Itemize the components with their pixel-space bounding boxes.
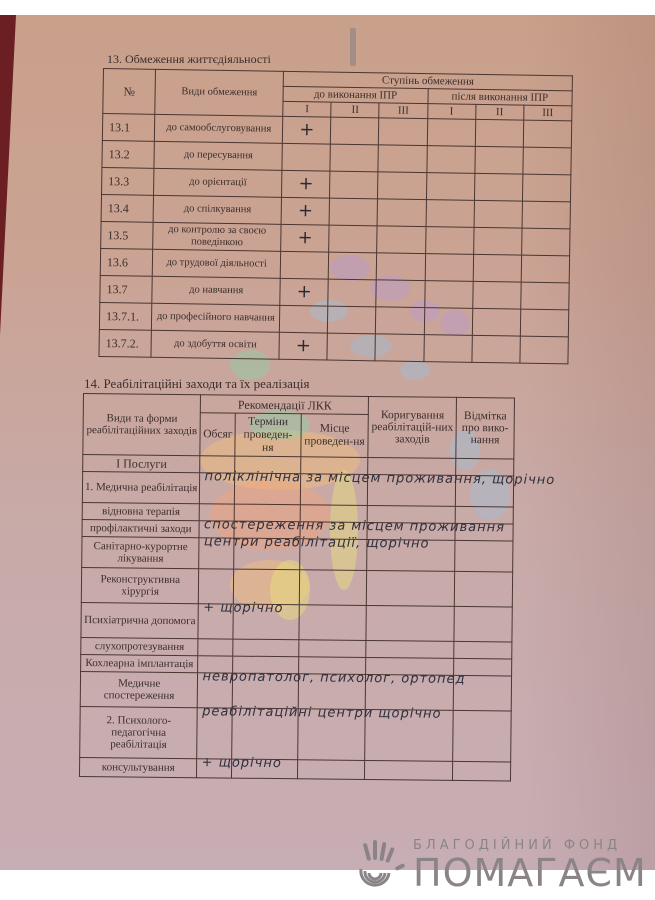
degree-mark-cell: [426, 146, 475, 174]
col-level-header: І: [283, 101, 331, 117]
empty-cell: [233, 639, 298, 657]
rehabilitation-table: Види та форми реабілітаційних заходів Ре…: [79, 393, 515, 782]
degree-mark-cell: [522, 174, 571, 202]
row-number: 13.3: [102, 167, 155, 195]
row-number: 13.7.2.: [99, 329, 152, 357]
handwritten-text: центри реабілітації, щорічно: [204, 536, 430, 550]
degree-mark-cell: [425, 254, 474, 282]
handwritten-text: + щорічно: [202, 757, 282, 770]
degree-mark-cell: [327, 333, 376, 361]
empty-cell: [454, 641, 512, 659]
degree-mark-cell: [475, 119, 524, 147]
degree-mark-cell: +: [279, 332, 328, 360]
limitation-kind: до контролю за своєю поведінкою: [153, 222, 281, 251]
degree-mark-cell: [474, 200, 523, 228]
limitation-kind: до навчання: [152, 276, 280, 305]
table-row: 1. Медична реабілітаціяполіклінічна за м…: [82, 472, 513, 508]
empty-cell: [455, 540, 513, 572]
col-number-header: №: [103, 69, 156, 115]
degree-mark-cell: [427, 119, 476, 147]
handwritten-entry: + щорічно: [197, 759, 232, 778]
empty-cell: [453, 710, 511, 762]
handwritten-entry: [198, 639, 233, 656]
degree-mark-cell: +: [282, 170, 331, 198]
charity-logo: БЛАГОДІЙНИЙ ФОНД ПОМАГАЄМ: [355, 838, 647, 892]
degree-mark-cell: [424, 308, 473, 336]
row-number: 13.5: [101, 221, 154, 249]
col-level-header: ІІ: [475, 104, 523, 120]
row-number: 13.7: [100, 275, 153, 303]
degree-mark-cell: [280, 305, 329, 333]
degree-mark-cell: [378, 172, 427, 200]
measure-kind: Санітарно-курортне лікування: [82, 536, 200, 568]
empty-cell: [454, 571, 512, 607]
handwritten-entry: невропатолог, психолог, ортопед: [198, 673, 233, 708]
handwritten-text: + щорічно: [203, 602, 283, 615]
limitation-kind: до пересування: [154, 141, 282, 170]
measure-kind: Медичне спостереження: [80, 671, 198, 707]
degree-mark-cell: [472, 335, 521, 363]
limitation-kind: до професійного навчання: [152, 303, 280, 332]
limitation-kind: до орієнтації: [154, 168, 282, 197]
degree-mark-cell: [376, 280, 425, 308]
section-14-title: 14. Реабілітаційні заходи та їх реалізац…: [84, 376, 309, 392]
empty-cell: [298, 605, 366, 641]
degree-mark-cell: [523, 120, 572, 148]
col-lkk-header: Рекомендації ЛКК: [201, 395, 369, 415]
row-number: 13.1: [102, 114, 155, 142]
degree-mark-cell: [523, 147, 572, 175]
limitation-kind: до спілкування: [153, 195, 281, 224]
empty-cell: [453, 761, 511, 781]
measure-kind: Реконструктивна хірургія: [81, 567, 199, 603]
degree-mark-cell: [329, 252, 378, 280]
degree-mark-cell: [475, 146, 524, 174]
table-row: консультування+ щорічно: [79, 757, 510, 781]
handwritten-entry: поліклінічна за місцем проживання, щоріч…: [200, 473, 235, 504]
degree-mark-cell: [328, 279, 377, 307]
binder-edge: [0, 15, 16, 335]
degree-mark-cell: [472, 281, 521, 309]
hand-logo-icon: [355, 839, 407, 891]
degree-mark-cell: [375, 334, 424, 362]
measure-kind: консультування: [79, 757, 197, 777]
degree-mark-cell: +: [280, 278, 329, 306]
table-row: Психіатрична допомога+ щорічно: [81, 602, 512, 642]
degree-mark-cell: [282, 143, 331, 171]
col-place-header: Місце проведен-ня: [300, 414, 368, 458]
col-correction-header: Коригування реабілітацій-них заходів: [368, 396, 456, 458]
degree-mark-cell: [425, 227, 474, 255]
measure-kind: 1. Медична реабілітація: [82, 472, 200, 504]
handwritten-entry: + щорічно: [198, 604, 233, 639]
handwritten-text: невропатолог, психолог, ортопед: [202, 671, 465, 686]
staple-mark: [350, 28, 356, 66]
measure-kind: Кохлеарна імплантація: [81, 654, 199, 672]
measure-kind: 2. Психолого-педагогічна реабілітація: [80, 706, 198, 758]
row-number: 13.4: [101, 194, 154, 222]
measure-kind: відновна терапія: [82, 502, 200, 520]
org-name: ПОМАГАЄМ: [413, 854, 647, 892]
degree-mark-cell: [379, 118, 428, 146]
row-number: 13.7.1.: [99, 302, 152, 330]
measure-kind: І Послуги: [83, 455, 201, 473]
col-kind-header: Види обмеження: [155, 69, 284, 116]
degree-mark-cell: [424, 281, 473, 309]
degree-mark-cell: [331, 117, 380, 145]
empty-cell: [454, 606, 512, 642]
degree-mark-cell: [330, 144, 379, 172]
empty-cell: [298, 640, 366, 658]
empty-cell: [367, 570, 455, 606]
degree-mark-cell: [426, 200, 475, 228]
degree-mark-cell: [329, 225, 378, 253]
empty-cell: [365, 760, 453, 780]
degree-mark-cell: [521, 282, 570, 310]
degree-mark-cell: +: [281, 197, 330, 225]
degree-mark-cell: [377, 226, 426, 254]
handwritten-text: поліклінічна за місцем проживання, щоріч…: [205, 471, 556, 487]
col-level-header: І: [427, 104, 475, 120]
degree-mark-cell: [328, 306, 377, 334]
handwritten-entry: реабілітаційні центри щорічно: [197, 708, 232, 759]
handwritten-text: спостереження за місцем проживання: [204, 519, 505, 534]
measure-kind: профілактичні заходи: [82, 519, 200, 537]
handwritten-text: реабілітаційні центри щорічно: [202, 706, 442, 721]
empty-cell: [234, 569, 300, 605]
empty-cell: [297, 760, 365, 780]
degree-mark-cell: [376, 307, 425, 335]
life-limitations-table: № Види обмеження Ступінь обмеження до ви…: [98, 68, 572, 364]
degree-mark-cell: [330, 171, 379, 199]
limitation-kind: до трудової діяльності: [152, 249, 280, 278]
degree-mark-cell: [424, 335, 473, 363]
degree-mark-cell: [280, 251, 329, 279]
section-13-title: 13. Обмеження життєдіяльності: [107, 52, 271, 67]
table-row: Санітарно-курортне лікуванняцентри реабі…: [82, 536, 513, 572]
table-row: Реконструктивна хірургія: [81, 567, 512, 607]
limitation-kind: до здобуття освіти: [151, 330, 279, 359]
degree-mark-cell: [474, 173, 523, 201]
col-terms-header: Терміни проведен-ня: [235, 413, 301, 456]
degree-mark-cell: [378, 145, 427, 173]
degree-mark-cell: [377, 253, 426, 281]
degree-mark-cell: [520, 309, 569, 337]
empty-cell: [299, 570, 367, 606]
col-level-header: ІІ: [331, 102, 379, 118]
limitation-kind: до самообслуговування: [155, 114, 283, 143]
row-number: 13.2: [102, 140, 155, 168]
empty-cell: [366, 640, 454, 658]
degree-mark-cell: [521, 255, 570, 283]
degree-mark-cell: [520, 336, 569, 364]
col-mark-header: Відмітка про вико-нання: [456, 397, 515, 459]
degree-mark-cell: +: [281, 224, 330, 252]
table-row: 2. Психолого-педагогічна реабілітаціяреа…: [80, 706, 512, 762]
row-number: 13.6: [100, 248, 153, 276]
degree-mark-cell: [426, 173, 475, 201]
degree-mark-cell: +: [283, 116, 332, 144]
handwritten-entry: [199, 569, 234, 604]
handwritten-entry: центри реабілітації, щорічно: [199, 538, 234, 569]
col-level-header: ІІІ: [379, 103, 427, 119]
col-volume-header: Обсяг: [200, 413, 235, 456]
degree-mark-cell: [521, 228, 570, 256]
col-kind-header: Види та форми реабілітаційних заходів: [83, 394, 201, 456]
degree-mark-cell: [329, 198, 378, 226]
degree-mark-cell: [472, 308, 521, 336]
degree-mark-cell: [522, 201, 571, 229]
degree-mark-cell: [378, 199, 427, 227]
col-level-header: ІІІ: [524, 105, 572, 121]
empty-cell: [366, 605, 454, 641]
measure-kind: Психіатрична допомога: [81, 602, 199, 638]
degree-mark-cell: [473, 227, 522, 255]
measure-kind: слухопротезування: [81, 637, 199, 655]
degree-mark-cell: [473, 254, 522, 282]
